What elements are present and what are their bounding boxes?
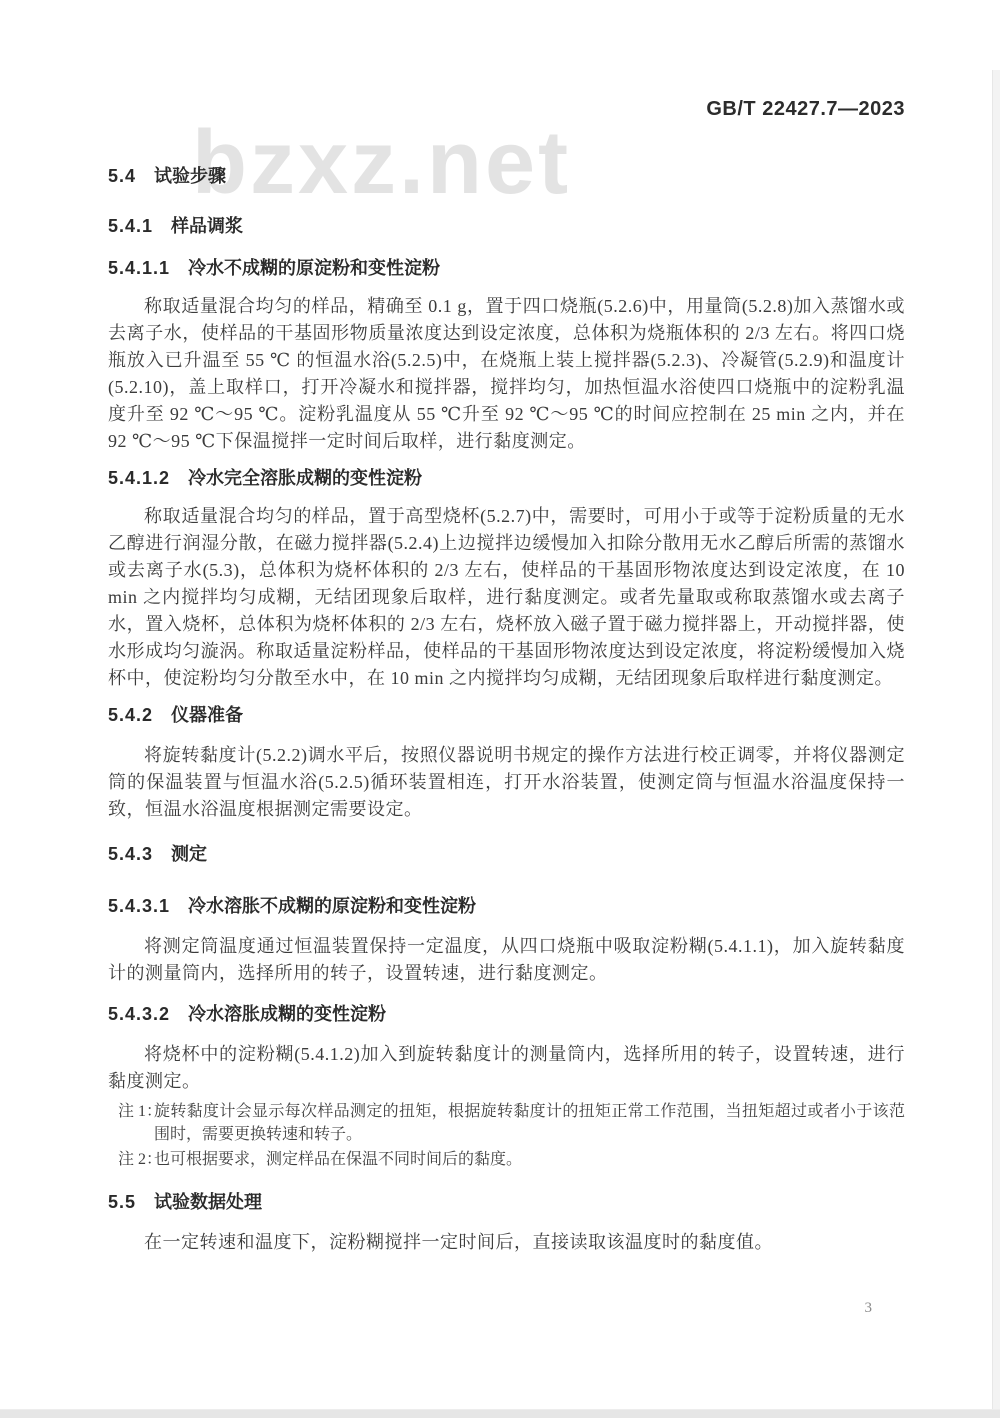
clause-number: 5.4.3.2	[108, 1004, 170, 1024]
clause-paragraph-5-4-1-1: 称取适量混合均匀的样品，精确至 0.1 g，置于四口烧瓶(5.2.6)中，用量筒…	[108, 293, 905, 455]
page-number: 3	[865, 1300, 873, 1317]
clause-paragraph-5-4-2: 将旋转黏度计(5.2.2)调水平后，按照仪器说明书规定的操作方法进行校正调零，并…	[108, 742, 905, 823]
clause-number: 5.4.1.2	[108, 468, 170, 488]
section-number: 5.5	[108, 1192, 136, 1212]
section-title: 试验数据处理	[154, 1192, 262, 1212]
section-heading-5-4: 5.4试验步骤	[108, 163, 905, 189]
clause-title: 测定	[171, 844, 207, 864]
clause-number: 5.4.1	[108, 216, 153, 236]
clause-heading-5-4-3-1: 5.4.3.1冷水溶胀不成糊的原淀粉和变性淀粉	[108, 893, 905, 919]
clause-title: 仪器准备	[171, 705, 243, 725]
clause-title: 样品调浆	[171, 216, 243, 236]
clause-title: 冷水完全溶胀成糊的变性淀粉	[188, 468, 422, 488]
document-page: bzxz.net GB/T 22427.7—2023 5.4试验步骤 5.4.1…	[0, 0, 1000, 1418]
clause-heading-5-4-3: 5.4.3测定	[108, 841, 905, 867]
clause-heading-5-4-3-2: 5.4.3.2冷水溶胀成糊的变性淀粉	[108, 1001, 905, 1027]
clause-title: 冷水不成糊的原淀粉和变性淀粉	[188, 258, 440, 278]
scan-edge-bottom	[0, 1409, 1000, 1418]
note-label: 注 2：	[118, 1148, 162, 1171]
clause-heading-5-4-1: 5.4.1样品调浆	[108, 213, 905, 239]
note-text: 旋转黏度计会显示每次样品测定的扭矩，根据旋转黏度计的扭矩正常工作范围，当扭矩超过…	[154, 1103, 905, 1143]
standard-number: GB/T 22427.7—2023	[108, 98, 905, 121]
section-heading-5-5: 5.5试验数据处理	[108, 1189, 905, 1215]
clause-paragraph-5-4-1-2: 称取适量混合均匀的样品，置于高型烧杯(5.2.7)中，需要时，可用小于或等于淀粉…	[108, 503, 905, 692]
clause-number: 5.4.3	[108, 844, 153, 864]
clause-number: 5.4.3.1	[108, 896, 170, 916]
clause-title: 冷水溶胀不成糊的原淀粉和变性淀粉	[188, 896, 476, 916]
clause-title: 冷水溶胀成糊的变性淀粉	[188, 1004, 386, 1024]
clause-paragraph-5-4-3-1: 将测定筒温度通过恒温装置保持一定温度，从四口烧瓶中吸取淀粉糊(5.4.1.1)，…	[108, 933, 905, 987]
document-body: GB/T 22427.7—2023 5.4试验步骤 5.4.1样品调浆 5.4.…	[108, 0, 905, 1256]
scan-edge-right	[992, 70, 1000, 1410]
section-title: 试验步骤	[154, 166, 226, 186]
note-text: 也可根据要求，测定样品在保温不同时间后的黏度。	[154, 1151, 522, 1168]
clause-paragraph-5-5: 在一定转速和温度下，淀粉糊搅拌一定时间后，直接读取该温度时的黏度值。	[108, 1229, 905, 1256]
section-number: 5.4	[108, 166, 136, 186]
clause-number: 5.4.2	[108, 705, 153, 725]
clause-number: 5.4.1.1	[108, 258, 170, 278]
clause-paragraph-5-4-3-2: 将烧杯中的淀粉糊(5.4.1.2)加入到旋转黏度计的测量筒内，选择所用的转子，设…	[108, 1041, 905, 1095]
notes-block: 注 1：旋转黏度计会显示每次样品测定的扭矩，根据旋转黏度计的扭矩正常工作范围，当…	[118, 1100, 905, 1171]
clause-heading-5-4-1-1: 5.4.1.1冷水不成糊的原淀粉和变性淀粉	[108, 255, 905, 281]
note-label: 注 1：	[118, 1100, 162, 1123]
note-item-1: 注 1：旋转黏度计会显示每次样品测定的扭矩，根据旋转黏度计的扭矩正常工作范围，当…	[118, 1100, 905, 1146]
note-item-2: 注 2：也可根据要求，测定样品在保温不同时间后的黏度。	[118, 1148, 905, 1171]
clause-heading-5-4-1-2: 5.4.1.2冷水完全溶胀成糊的变性淀粉	[108, 465, 905, 491]
clause-heading-5-4-2: 5.4.2仪器准备	[108, 702, 905, 728]
